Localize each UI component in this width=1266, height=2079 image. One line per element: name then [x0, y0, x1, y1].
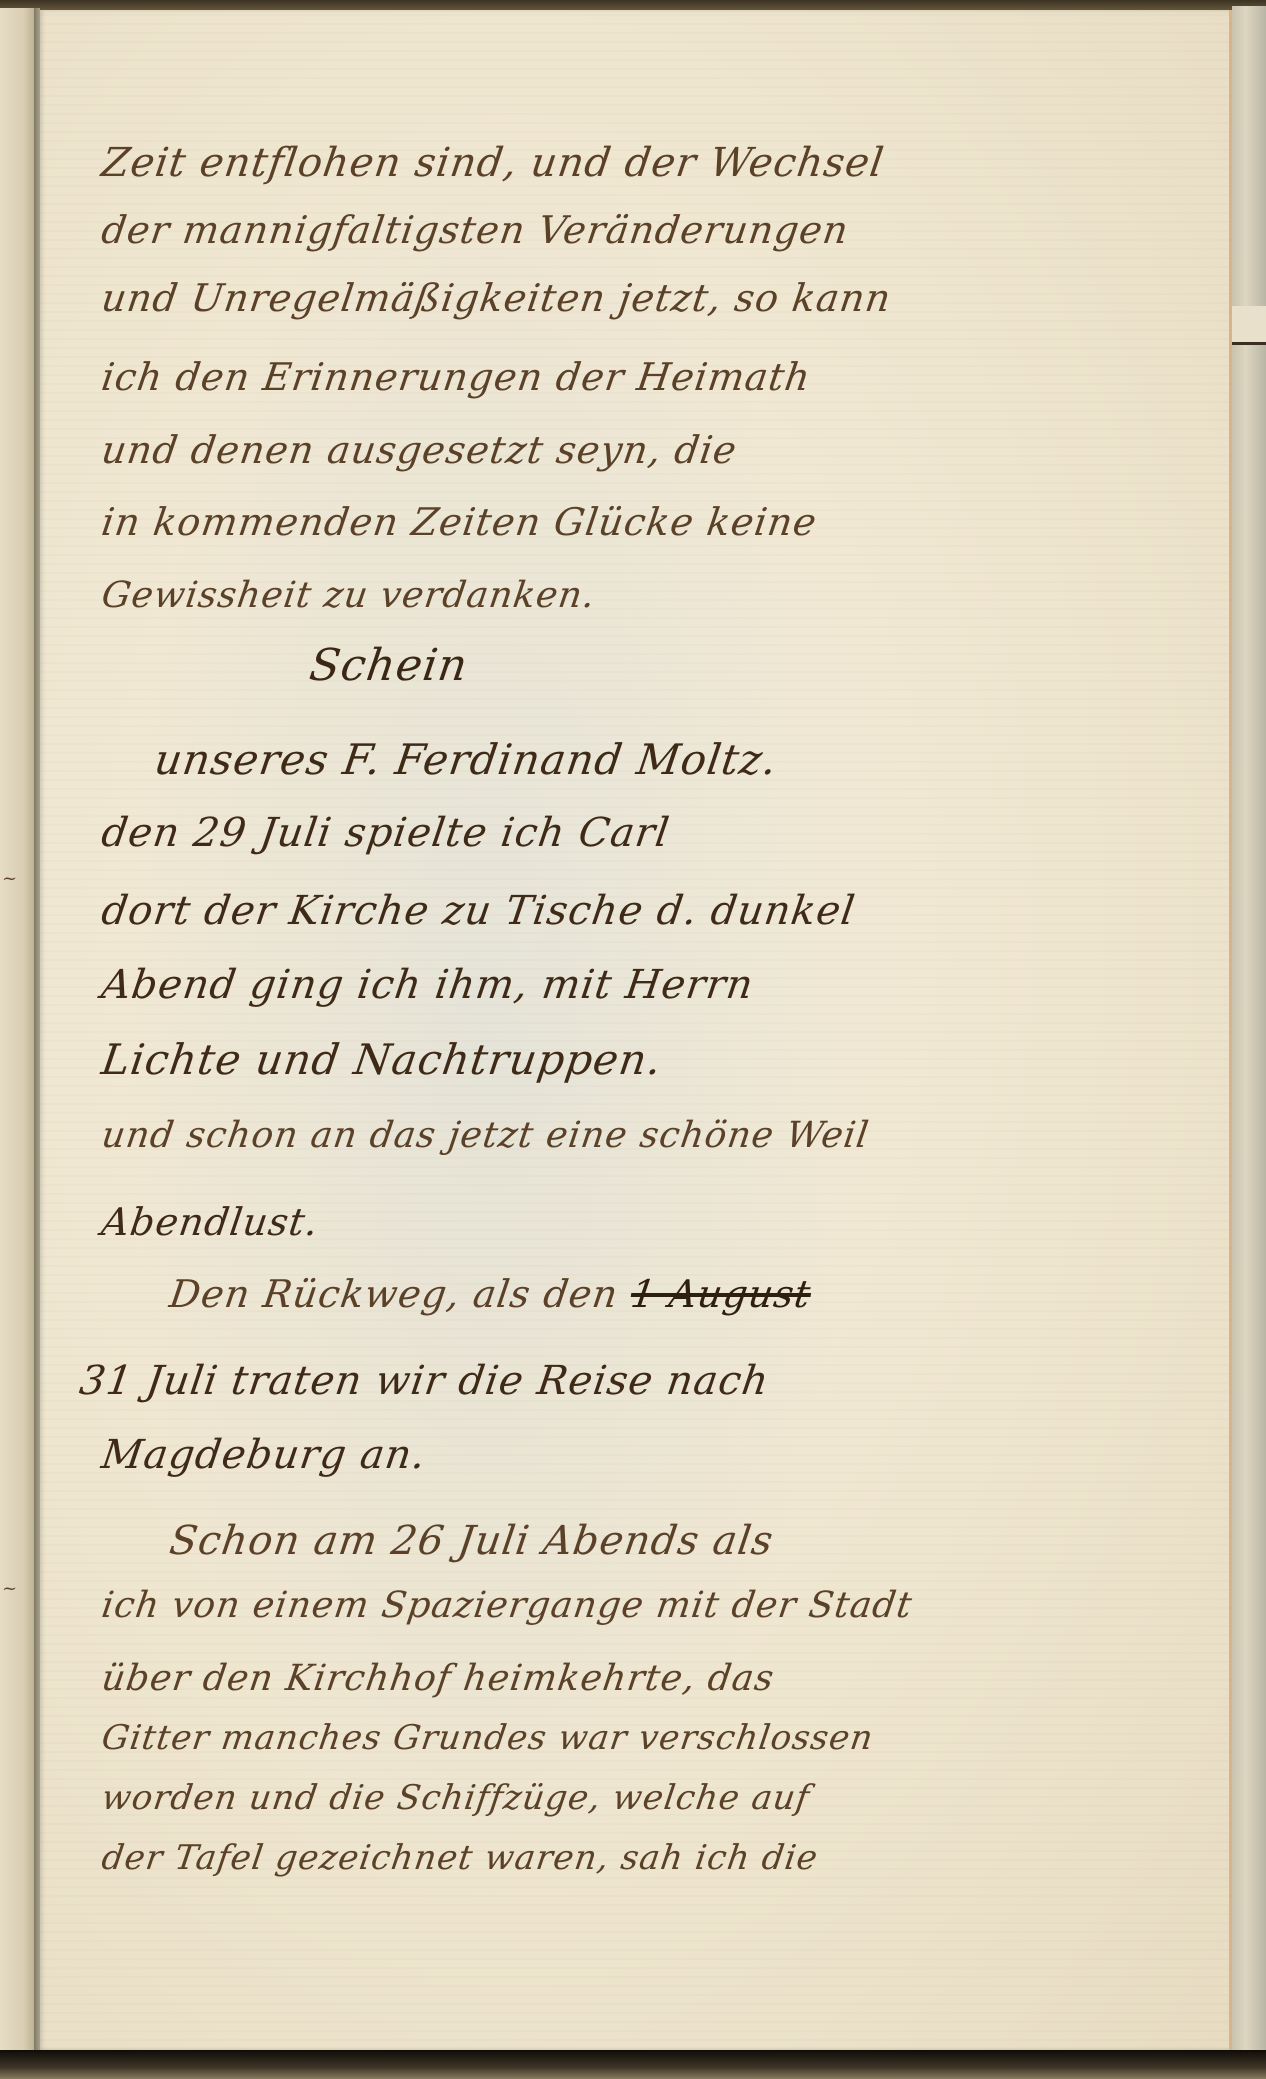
text-fragment: Den Rückweg, als den [167, 1272, 634, 1316]
section-heading: Schein [306, 640, 471, 691]
page-tab [1232, 306, 1266, 345]
text-line: Lichte und Nachtruppen. [99, 1035, 666, 1084]
facing-page-edge: ~ ~ [0, 8, 36, 2053]
text-line: Zeit entflohen sind, und der Wechsel [99, 140, 887, 186]
text-line: Abendlust. [99, 1200, 322, 1244]
text-line: Schon am 26 Juli Abends als [167, 1518, 777, 1564]
text-line: Gitter manches Grundes war verschlossen [99, 1718, 876, 1758]
text-line: unseres F. Ferdinand Moltz. [152, 735, 781, 784]
text-line: über den Kirchhof heimkehrte, das [99, 1658, 777, 1699]
text-line: Abend ging ich ihm, mit Herrn [99, 962, 757, 1008]
text-line: ich von einem Spaziergange mit der Stadt [99, 1585, 915, 1626]
text-line: den 29 Juli spielte ich Carl [99, 810, 673, 856]
binding-bottom-edge [0, 2050, 1266, 2079]
struck-text: 1 August [628, 1272, 814, 1316]
text-line: Magdeburg an. [99, 1432, 429, 1478]
text-line: und denen ausgesetzt seyn, die [99, 428, 740, 472]
text-line-with-strike: Den Rückweg, als den 1 August [167, 1272, 814, 1316]
page-stack-edge [1232, 6, 1266, 2056]
text-line: in kommenden Zeiten Glücke keine [99, 500, 820, 544]
text-line: und schon an das jetzt eine schöne Weil [99, 1115, 872, 1156]
text-line: Gewissheit zu verdanken. [99, 575, 598, 616]
facing-page-fragment: ~ [2, 868, 17, 889]
text-line: 31 Juli traten wir die Reise nach [77, 1358, 772, 1404]
text-line: der mannigfaltigsten Veränderungen [99, 208, 852, 252]
text-line: der Tafel gezeichnet waren, sah ich die [99, 1838, 821, 1878]
text-line: ich den Erinnerungen der Heimath [99, 355, 814, 399]
facing-page-fragment: ~ [2, 1578, 17, 1599]
manuscript-page: Zeit entflohen sind, und der Wechsel der… [40, 10, 1232, 2050]
text-line: und Unregelmäßigkeiten jetzt, so kann [99, 276, 894, 320]
text-line: dort der Kirche zu Tische d. dunkel [99, 888, 858, 934]
text-line: worden und die Schiffzüge, welche auf [99, 1778, 812, 1818]
